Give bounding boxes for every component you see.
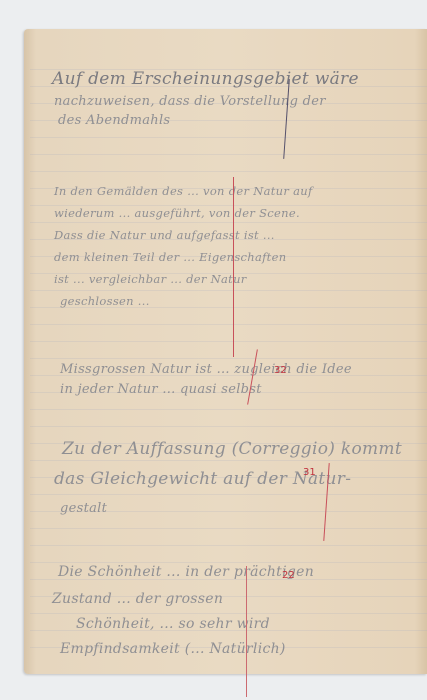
handwriting-line: geschlossen ... (60, 294, 150, 308)
handwriting-line: Auf dem Erscheinungs­gebiet wäre (52, 69, 359, 89)
red-margin-line (246, 566, 247, 697)
handwriting-line: nachzuweisen, dass die Vorstellung der (54, 94, 326, 109)
red-margin-line (233, 177, 234, 357)
handwriting-line: ist ... vergleichbar ... der Natur (54, 272, 247, 286)
handwriting-line: wiederum ... ausgeführt, von der Scene. (54, 206, 300, 220)
handwriting-line: Empfindsamkeit (... Natürlich) (60, 641, 286, 657)
margin-number: 31 (303, 467, 316, 478)
handwriting-line: Zustand ... der grossen (52, 591, 223, 607)
handwriting-line: gestalt (60, 501, 107, 516)
margin-number: 32 (274, 365, 287, 376)
handwriting-line: Dass die Natur und aufgefasst ist ... (54, 228, 275, 242)
handwriting-line: Zu der Auffassung (Correggio) kommt (62, 439, 402, 459)
handwriting-line: Missgrossen Natur ist ... zugleich die I… (60, 362, 352, 377)
handwriting-line: Die Schönheit ... in der prächtigen (58, 564, 314, 580)
handwriting-line: in jeder Natur ... quasi selbst (60, 382, 262, 397)
manuscript-page: Auf dem Erscheinungs­gebiet wäre nachzuw… (24, 29, 427, 674)
margin-stroke (283, 79, 290, 159)
handwriting-line: des Abendmahls (58, 113, 170, 128)
handwriting-line: Schönheit, ... so sehr wird (76, 616, 270, 632)
margin-number: 22 (282, 570, 295, 581)
handwriting-line: dem kleinen Teil der ... Eigenschaften (54, 250, 286, 264)
handwriting-line: In den Gemälden des ... von der Natur au… (54, 184, 313, 198)
